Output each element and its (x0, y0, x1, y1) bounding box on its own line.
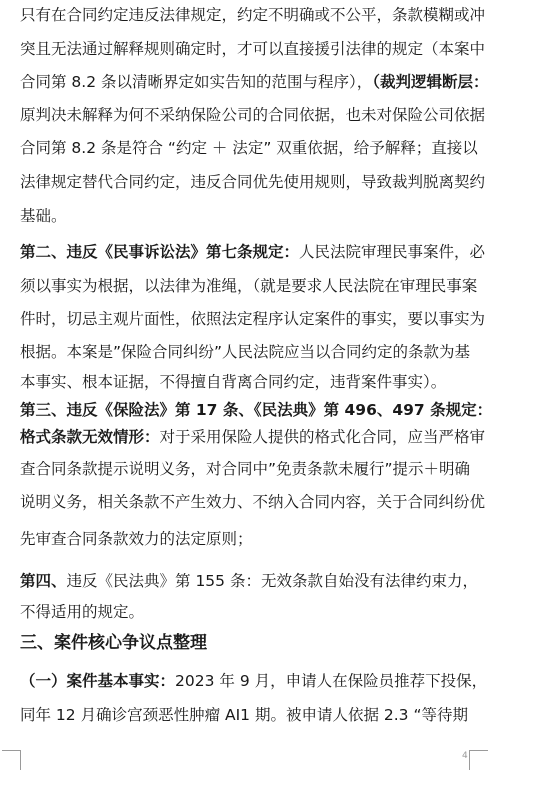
text-line: 基础。 (20, 204, 460, 228)
text-segment: 同年 12 月确诊宫颈恶性肿瘤 AI1 期。被申请人依据 2.3 “等待期 (20, 706, 468, 724)
text-segment: 本事实、根本证据，不得擅自背离合同约定，违背案件事实）。 (20, 373, 446, 391)
document-page: 只有在合同约定违反法律规定，约定不明确或不公平，条款模糊或冲 突且无法通过解释规… (0, 0, 533, 796)
page-number: 4 (462, 750, 468, 762)
text-segment: 2023 年 9 月，申请人在保险员推荐下投保， (175, 672, 487, 690)
text-line: 合同第 8.2 条是符合 “约定 ＋ 法定” 双重依据，给予解释；直接以 (20, 136, 460, 160)
text-segment: 件时，切忌主观片面性，依照法定程序认定案件的事实，要以事实为 (20, 310, 485, 328)
text-line: 先审查合同条款效力的法定原则； (20, 527, 460, 551)
bold-text-segment: 第二、违反《民事诉讼法》第七条规定： (20, 243, 299, 261)
section-heading: 三、案件核心争议点整理 (20, 631, 460, 655)
section-line: 第二、违反《民事诉讼法》第七条规定：人民法院审理民事案件，必 (20, 240, 460, 264)
subsection-line: （一）案件基本事实：2023 年 9 月，申请人在保险员推荐下投保， (20, 669, 460, 693)
section-line: 第三、违反《保险法》第 17 条、《民法典》第 496、497 条规定： (20, 398, 460, 422)
bold-text-segment: 第三、违反《保险法》第 17 条、《民法典》第 496、497 条规定： (20, 401, 492, 419)
crop-mark-right-vertical (469, 750, 470, 770)
bold-text-segment: 格式条款无效情形： (20, 428, 160, 446)
text-segment: 法律规定替代合同约定，违反合同优先使用规则，导致裁判脱离契约 (20, 173, 485, 191)
text-line: 合同第 8.2 条以清晰界定如实告知的范围与程序），（裁判逻辑断层： (20, 70, 460, 94)
text-segment: 不得适用的规定。 (20, 603, 144, 621)
text-segment: 突且无法通过解释规则确定时，才可以直接援引法律的规定（本案中 (20, 40, 485, 58)
section-line: 第四、违反《民法典》第 155 条：无效条款自始没有法律约束力， (20, 569, 460, 593)
text-segment: 基础。 (20, 207, 67, 225)
bold-text-segment: （裁判逻辑断层： (372, 73, 488, 91)
text-segment: 违反《民法典》第 155 条：无效条款自始没有法律约束力， (67, 572, 478, 590)
text-line: 须以事实为根据，以法律为准绳，（就是要求人民法院在审理民事案 (20, 274, 460, 298)
crop-mark-left-vertical (20, 750, 21, 770)
bold-text-segment: （一）案件基本事实： (20, 672, 175, 690)
text-line: 件时，切忌主观片面性，依照法定程序认定案件的事实，要以事实为 (20, 307, 460, 331)
heading-text: 三、案件核心争议点整理 (20, 633, 207, 653)
crop-mark-left-horizontal (2, 750, 21, 751)
text-segment: 人民法院审理民事案件，必 (299, 243, 485, 261)
text-segment: 合同第 8.2 条是符合 “约定 ＋ 法定” 双重依据，给予解释；直接以 (20, 139, 478, 157)
text-line: 原判决未解释为何不采纳保险公司的合同依据，也未对保险公司依据 (20, 103, 460, 127)
text-line: 格式条款无效情形：对于采用保险人提供的格式化合同，应当严格审 (20, 425, 460, 449)
text-line: 只有在合同约定违反法律规定，约定不明确或不公平，条款模糊或冲 (20, 3, 460, 27)
text-segment: 根据。本案是”保险合同纠纷”人民法院应当以合同约定的条款为基 (20, 343, 470, 361)
text-line: 同年 12 月确诊宫颈恶性肿瘤 AI1 期。被申请人依据 2.3 “等待期 (20, 703, 460, 727)
text-line: 根据。本案是”保险合同纠纷”人民法院应当以合同约定的条款为基 (20, 340, 460, 364)
text-line: 突且无法通过解释规则确定时，才可以直接援引法律的规定（本案中 (20, 37, 460, 61)
text-segment: 说明义务，相关条款不产生效力、不纳入合同内容，关于合同纠纷优 (20, 493, 485, 511)
crop-mark-right-horizontal (469, 750, 488, 751)
text-line: 不得适用的规定。 (20, 600, 460, 624)
text-segment: 对于采用保险人提供的格式化合同，应当严格审 (160, 428, 486, 446)
text-line: 查合同条款提示说明义务，对合同中”免责条款未履行”提示＋明确 (20, 457, 460, 481)
text-line: 本事实、根本证据，不得擅自背离合同约定，违背案件事实）。 (20, 370, 460, 394)
text-segment: 合同第 8.2 条以清晰界定如实告知的范围与程序）， (20, 73, 372, 91)
text-segment: 查合同条款提示说明义务，对合同中”免责条款未履行”提示＋明确 (20, 460, 470, 478)
text-segment: 原判决未解释为何不采纳保险公司的合同依据，也未对保险公司依据 (20, 106, 485, 124)
text-segment: 先审查合同条款效力的法定原则； (20, 530, 253, 548)
text-line: 说明义务，相关条款不产生效力、不纳入合同内容，关于合同纠纷优 (20, 490, 460, 514)
bold-text-segment: 第四、 (20, 572, 67, 590)
text-segment: 须以事实为根据，以法律为准绳，（就是要求人民法院在审理民事案 (20, 277, 477, 295)
text-line: 法律规定替代合同约定，违反合同优先使用规则，导致裁判脱离契约 (20, 170, 460, 194)
text-segment: 只有在合同约定违反法律规定，约定不明确或不公平，条款模糊或冲 (20, 6, 485, 24)
